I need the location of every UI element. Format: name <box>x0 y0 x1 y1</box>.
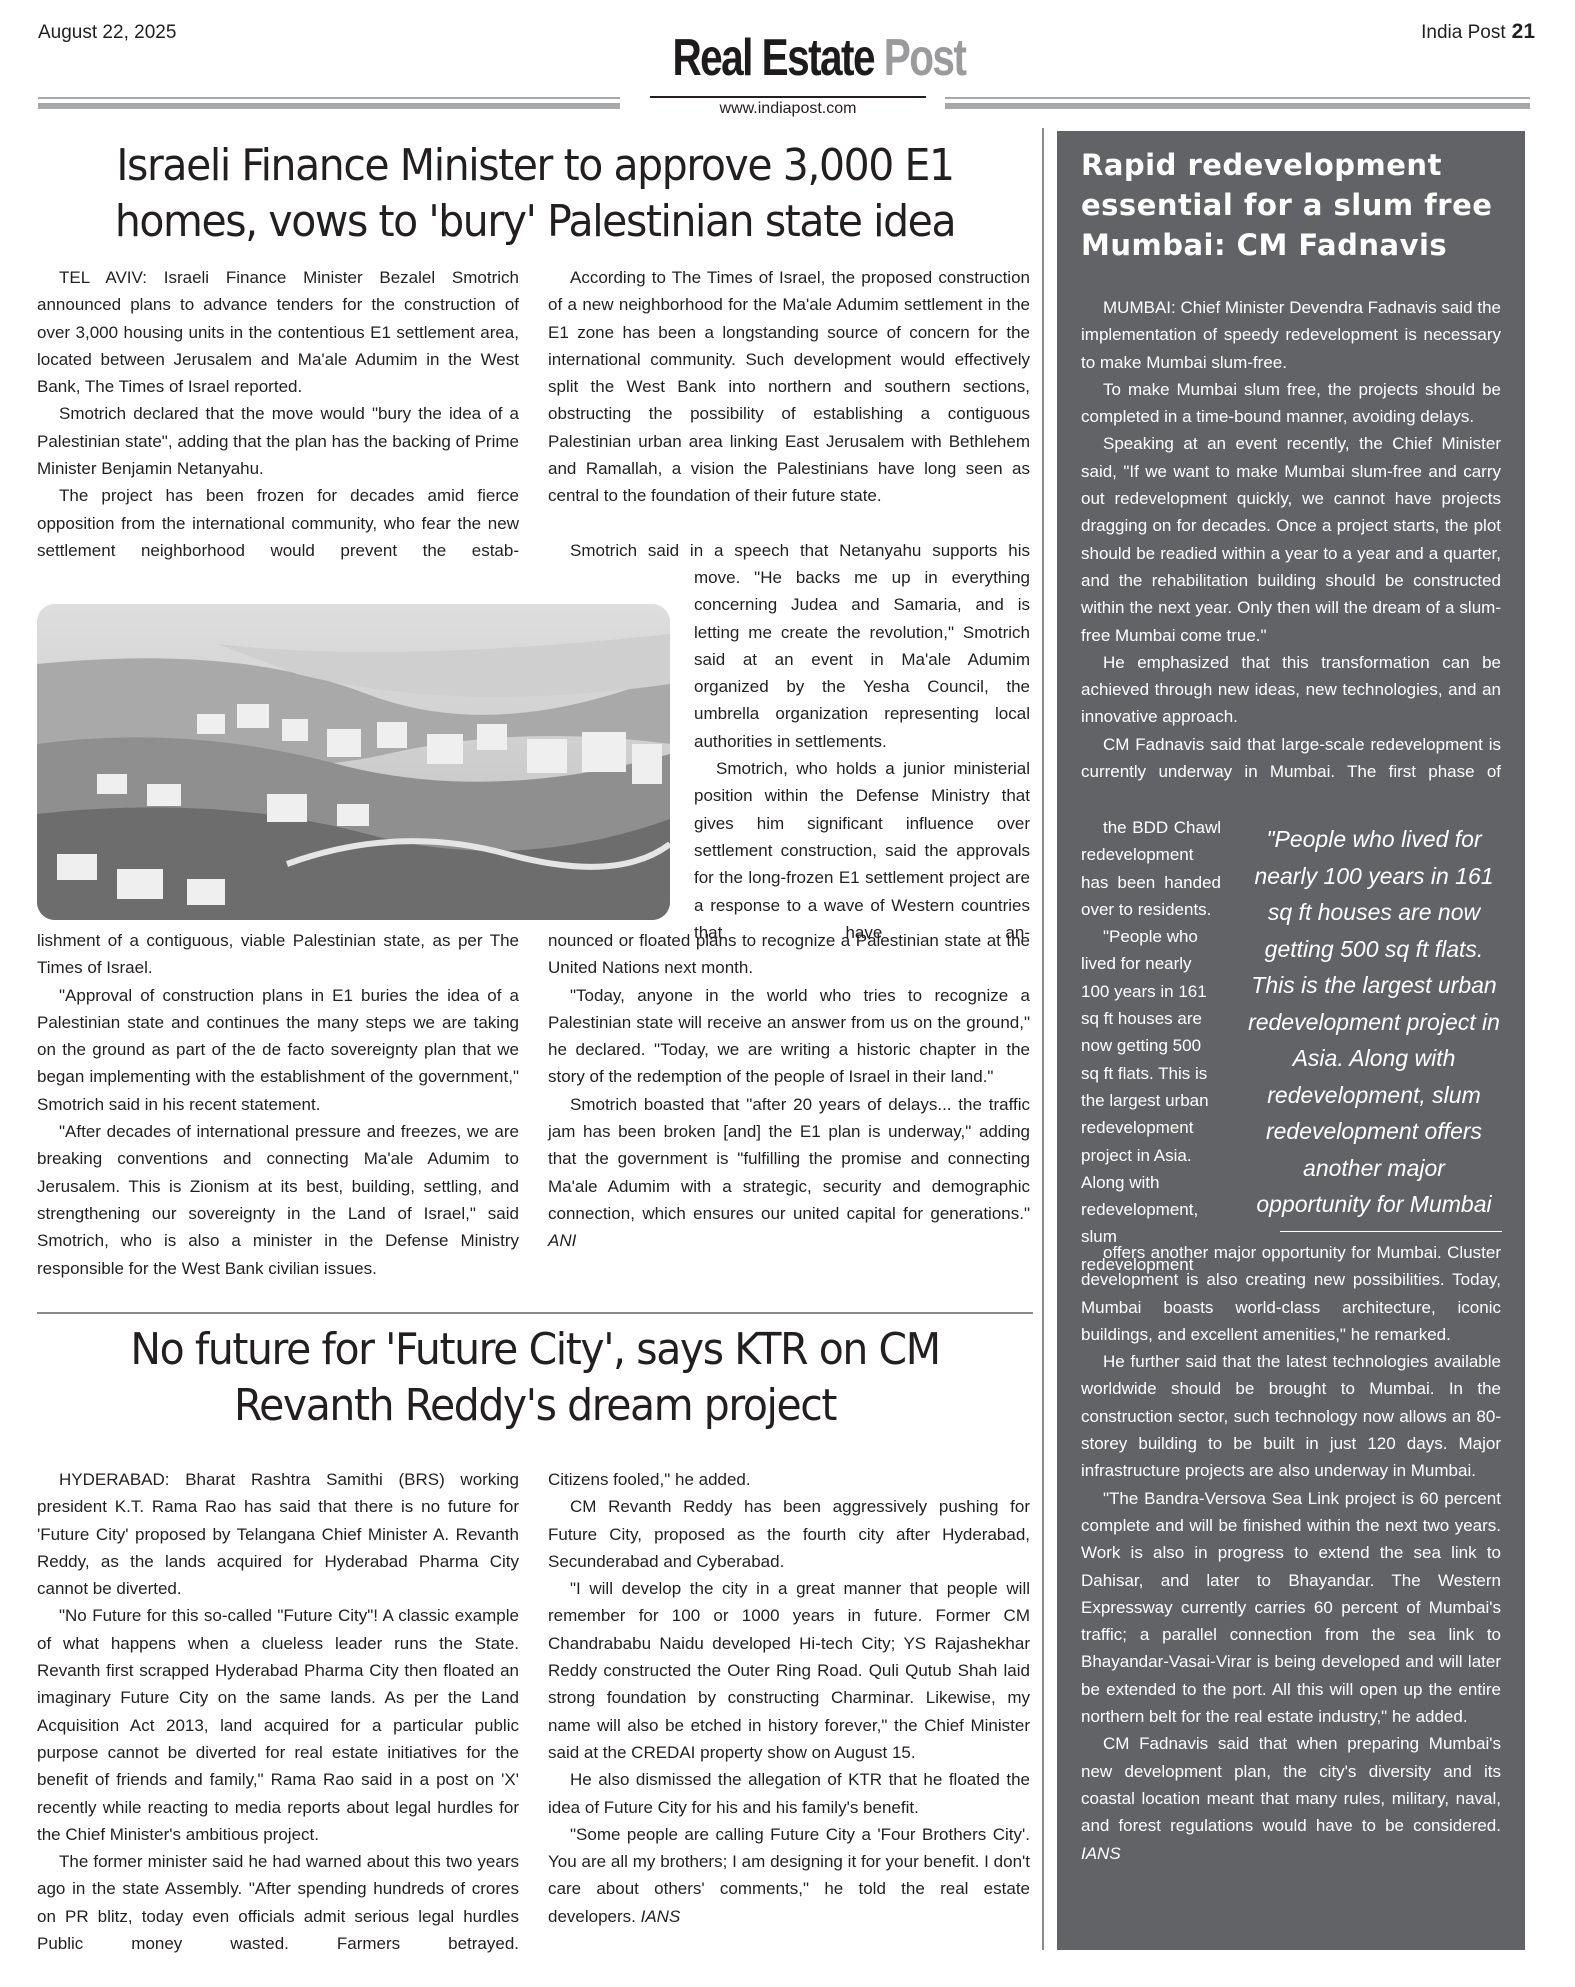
sidebar-body-top: MUMBAI: Chief Minister Devendra Fadnavis… <box>1081 294 1501 785</box>
paragraph: The project has been frozen for decades … <box>37 482 519 564</box>
sidebar-article: Rapid redevelopment essential for a slum… <box>1057 131 1525 1950</box>
article2-col2: Citizens fooled," he added. CM Revanth R… <box>548 1466 1030 1930</box>
masthead-real-estate: Real Estate <box>672 29 874 87</box>
article1-credit: ANI <box>548 1231 576 1250</box>
pull-quote-rule <box>1280 1231 1502 1232</box>
paragraph: To make Mumbai slum free, the projects s… <box>1081 376 1501 431</box>
paragraph: HYDERABAD: Bharat Rashtra Samithi (BRS) … <box>37 1466 519 1602</box>
paragraph: lishment of a contiguous, viable Palesti… <box>37 927 519 982</box>
paragraph-text: "Some people are calling Future City a '… <box>548 1825 1030 1926</box>
paragraph: "After decades of international pressure… <box>37 1118 519 1282</box>
paragraph: CM Fadnavis said that when preparing Mum… <box>1081 1730 1501 1866</box>
paragraph: "No Future for this so-called "Future Ci… <box>37 1602 519 1848</box>
paragraph: Smotrich declared that the move would "b… <box>37 400 519 482</box>
article1-col1: TEL AVIV: Israeli Finance Minister Bezal… <box>37 264 519 564</box>
paragraph: Speaking at an event recently, the Chief… <box>1081 430 1501 648</box>
paragraph: According to The Times of Israel, the pr… <box>548 264 1030 510</box>
article1-photo <box>37 604 670 920</box>
sidebar-credit: IANS <box>1081 1844 1121 1863</box>
article-separator <box>37 1312 1033 1314</box>
masthead-logo: Real Estate Post <box>672 30 902 86</box>
article2-credit: IANS <box>641 1907 681 1926</box>
paragraph-text: Smotrich boasted that "after 20 years of… <box>548 1095 1030 1223</box>
sidebar-body-rest: offers another major opportunity for Mum… <box>1081 1239 1501 1867</box>
masthead-underline <box>650 96 926 98</box>
masthead-post: Post <box>884 29 966 87</box>
paragraph: TEL AVIV: Israeli Finance Minister Bezal… <box>37 264 519 400</box>
article2-headline: No future for 'Future City', says KTR on… <box>72 1322 998 1434</box>
paragraph: the BDD Chawl redevelopment has been han… <box>1081 814 1221 923</box>
website-url[interactable]: www.indiapost.com <box>650 100 926 118</box>
header-rule-left-thin <box>38 97 620 99</box>
paragraph-text: CM Fadnavis said that when preparing Mum… <box>1081 1734 1501 1835</box>
article1-headline: Israeli Finance Minister to approve 3,00… <box>72 138 998 250</box>
header-rule-right-thick <box>945 103 1530 109</box>
paragraph: "Some people are calling Future City a '… <box>548 1821 1030 1930</box>
paragraph: The former minister said he had warned a… <box>37 1848 519 1957</box>
pull-quote: "People who lived for nearly 100 years i… <box>1244 821 1504 1223</box>
paragraph: CM Fadnavis said that large-scale redeve… <box>1081 731 1501 786</box>
paragraph: Smotrich said in a speech that Netanyahu… <box>548 537 1030 564</box>
paragraph: He also dismissed the allegation of KTR … <box>548 1766 1030 1821</box>
paragraph: CM Revanth Reddy has been aggressively p… <box>548 1493 1030 1575</box>
paragraph: MUMBAI: Chief Minister Devendra Fadnavis… <box>1081 294 1501 376</box>
paragraph: "People who lived for nearly 100 years i… <box>1081 923 1221 1278</box>
sidebar-headline: Rapid redevelopment essential for a slum… <box>1081 145 1511 265</box>
paragraph: nounced or floated plans to recognize a … <box>548 927 1030 982</box>
paragraph: offers another major opportunity for Mum… <box>1081 1239 1501 1348</box>
paragraph: He emphasized that this transformation c… <box>1081 649 1501 731</box>
paragraph: Citizens fooled," he added. <box>548 1466 1030 1493</box>
paragraph: Smotrich boasted that "after 20 years of… <box>548 1091 1030 1255</box>
publication-name: India Post <box>1421 22 1506 43</box>
article2-col1: HYDERABAD: Bharat Rashtra Samithi (BRS) … <box>37 1466 519 1957</box>
article1-col2-wrap-lead: Smotrich said in a speech that Netanyahu… <box>548 537 1030 564</box>
page-label: India Post21 <box>1421 20 1535 44</box>
article1-col2-wrap: move. "He backs me up in everything conc… <box>694 564 1030 946</box>
column-divider <box>1042 128 1044 1950</box>
page-number: 21 <box>1512 20 1535 43</box>
issue-date: August 22, 2025 <box>38 22 176 44</box>
paragraph: "I will develop the city in a great mann… <box>548 1575 1030 1766</box>
aerial-photo-icon <box>37 604 670 920</box>
sidebar-body-narrow: the BDD Chawl redevelopment has been han… <box>1081 814 1221 1278</box>
article1-col2-after-photo: nounced or floated plans to recognize a … <box>548 927 1030 1255</box>
paragraph: "Approval of construction plans in E1 bu… <box>37 982 519 1118</box>
article1-col2: According to The Times of Israel, the pr… <box>548 264 1030 510</box>
paragraph: "The Bandra-Versova Sea Link project is … <box>1081 1485 1501 1731</box>
header-rule-left-thick <box>38 103 620 109</box>
paragraph: He further said that the latest technolo… <box>1081 1348 1501 1484</box>
paragraph: "Today, anyone in the world who tries to… <box>548 982 1030 1091</box>
header-rule-right-thin <box>945 97 1530 99</box>
article1-col1-after-photo: lishment of a contiguous, viable Palesti… <box>37 927 519 1282</box>
paragraph: Smotrich, who holds a junior ministerial… <box>694 755 1030 946</box>
paragraph: move. "He backs me up in everything conc… <box>694 564 1030 755</box>
